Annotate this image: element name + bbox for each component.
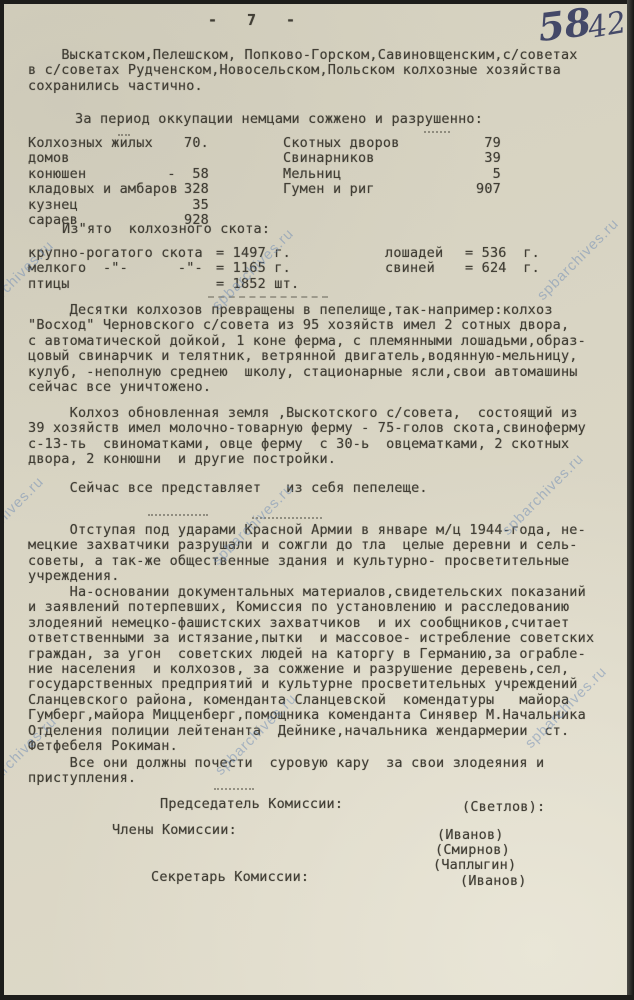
paragraph-komissiya: На-основании документальных материалов,с… bbox=[28, 585, 620, 754]
handwritten-number: 42 bbox=[585, 5, 629, 46]
members-label: Члены Комиссии: bbox=[112, 823, 237, 838]
chairman-label: Председатель Комиссии: bbox=[160, 797, 343, 812]
row-label: Мельниц bbox=[283, 167, 341, 182]
paragraph-kolkhoz-voshod: Десятки колхозов превращены в пепелище,т… bbox=[28, 303, 614, 395]
paragraph-otstupaya: Отступая под ударами Красной Армии в янв… bbox=[28, 523, 614, 585]
table-row: Мельниц5 bbox=[283, 167, 501, 182]
scan-edge-bottom bbox=[0, 995, 634, 1000]
scan-edge-right bbox=[627, 0, 634, 1000]
row-value: - 58 bbox=[167, 167, 209, 182]
paragraph-kolkhoz-obnovlennaya: Колхоз обновленная земля ,Выскотского с/… bbox=[28, 406, 614, 468]
row-value: 5 bbox=[493, 167, 501, 182]
intro-paragraph: Выскатском,Пелешском, Попково-Горском,Са… bbox=[28, 48, 608, 94]
burned-section-header: За период оккупации немцами сожжено и ра… bbox=[75, 112, 483, 127]
chairman-name: (Светлов): bbox=[462, 800, 545, 815]
secretary-name: (Иванов) bbox=[460, 874, 527, 889]
row-label: конюшен bbox=[28, 167, 86, 182]
paragraph-verdict: Все они должны почести суровую кару за с… bbox=[28, 756, 614, 787]
row-label: Гумен и риг bbox=[283, 182, 375, 197]
row-value: 70. bbox=[184, 136, 209, 167]
row-label: Колхозных жилых домов bbox=[28, 136, 184, 167]
page-number-dash: - bbox=[208, 11, 218, 29]
table-row: свиней= 624 г. bbox=[385, 261, 540, 276]
seized-section-header: Из"ято колхозного скота: bbox=[62, 222, 270, 237]
paragraph-seychas: Сейчас все представляет из себя пепелеще… bbox=[28, 481, 614, 496]
table-row: Гумен и риг907 bbox=[283, 182, 501, 197]
row-value: 907 bbox=[476, 182, 501, 197]
table-row: кузнец35 bbox=[28, 198, 209, 213]
row-label: Свинарников bbox=[283, 151, 375, 166]
table-row: Колхозных жилых домов70. bbox=[28, 136, 209, 167]
row-label: мелкого -"- -"- bbox=[28, 261, 216, 276]
ink-smudge bbox=[148, 514, 208, 516]
row-value: 328 bbox=[184, 182, 209, 197]
page-number: - 7 - bbox=[208, 11, 296, 29]
page-number-dash: - bbox=[286, 11, 296, 29]
ink-smudge bbox=[214, 788, 254, 790]
ink-smudge bbox=[118, 134, 130, 136]
table-row: Скотных дворов79 bbox=[283, 136, 501, 151]
row-value: 35 bbox=[192, 198, 209, 213]
row-value: = 624 г. bbox=[465, 261, 540, 276]
watermark: spbarchives.ru bbox=[534, 216, 622, 304]
table-row: птицы= 1852 шт. bbox=[28, 277, 299, 292]
page-number-value: 7 bbox=[247, 11, 257, 29]
handwritten-archive-mark: 58 42 bbox=[536, 0, 634, 60]
secretary-label: Секретарь Комиссии: bbox=[151, 870, 309, 885]
burned-table-left: Колхозных жилых домов70. конюшен- 58 кла… bbox=[28, 136, 209, 228]
scan-edge-top bbox=[0, 0, 634, 4]
table-row: кладовых и амбаров328 bbox=[28, 182, 209, 197]
member-name: (Чаплыгин) bbox=[433, 858, 516, 873]
table-row: Свинарников39 bbox=[283, 151, 501, 166]
row-label: кладовых и амбаров bbox=[28, 182, 178, 197]
row-value: 79 bbox=[484, 136, 501, 151]
seized-table-right: лошадей= 536 г. свиней= 624 г. bbox=[385, 246, 540, 277]
row-label: свиней bbox=[385, 261, 465, 276]
row-label: кузнец bbox=[28, 198, 78, 213]
row-label: птицы bbox=[28, 277, 216, 292]
scanned-document: spbarchives.ru spbarchives.ru spbarchive… bbox=[0, 0, 634, 1000]
table-row: конюшен- 58 bbox=[28, 167, 209, 182]
row-value: 39 bbox=[484, 151, 501, 166]
handwritten-number: 58 bbox=[535, 0, 593, 50]
row-value: = 536 г. bbox=[465, 246, 540, 261]
burned-table-right: Скотных дворов79 Свинарников39 Мельниц5 … bbox=[283, 136, 501, 198]
ink-smudge bbox=[424, 131, 450, 133]
scan-edge-left bbox=[0, 0, 4, 1000]
row-label: Скотных дворов bbox=[283, 136, 400, 151]
